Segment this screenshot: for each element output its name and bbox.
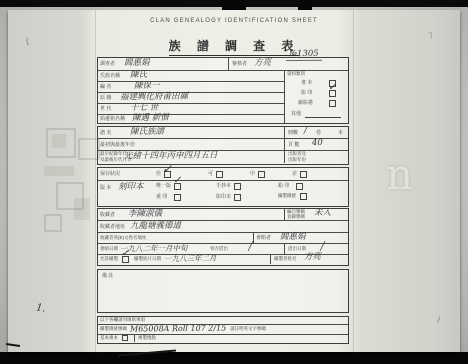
surveyor-label: 調查者 bbox=[100, 62, 115, 67]
volume-count-mid: 卷 bbox=[316, 131, 321, 136]
type-other-line bbox=[305, 117, 341, 118]
reviewer-label: 審核者 bbox=[232, 62, 247, 67]
microfilm-photo: CLAN GENEALOGY IDENTIFICATION SHEET 族 譜 … bbox=[0, 0, 468, 364]
fold-crease bbox=[353, 10, 354, 352]
catalog-label-2: 登錄號碼 bbox=[287, 215, 305, 220]
edition-only-label: 唯一版 bbox=[156, 184, 171, 189]
lent-label: 曾否借出 bbox=[210, 247, 228, 252]
film-date-label: 攝製底片日期 bbox=[134, 257, 161, 262]
publisher-label-2: 出版年份 bbox=[288, 158, 306, 163]
condition-box: 保存狀況 佳 ✓ 可 中 差 版 本 刻印本 唯一版 ✓ 手抄本 鉛 印 bbox=[97, 167, 349, 207]
condition-fair-label: 可 bbox=[208, 172, 213, 177]
remarks-label: 備 註 bbox=[102, 274, 113, 279]
record-date-label-1: 最早紀錄年代 bbox=[100, 152, 127, 157]
copy-checkbox bbox=[122, 335, 128, 341]
office-use-box: 以下各欄請勿填寫事項 攝製微捲號碼 M65008A Roll 107 2/15 … bbox=[97, 316, 349, 344]
form-title: 族 譜 調 查 表 bbox=[169, 39, 300, 56]
edition-letterpress-label: 鉛 印 bbox=[278, 184, 289, 189]
compiler-label: 編 者 bbox=[100, 85, 111, 90]
clan-label: 氏族名稱 bbox=[100, 74, 120, 79]
type-other-label: 其他 bbox=[291, 112, 301, 117]
pencil-mark: ⌇ bbox=[434, 316, 442, 327]
condition-good-label: 佳 bbox=[156, 172, 161, 177]
genealogy-title-label: 譜 名 bbox=[100, 131, 111, 136]
interview-date-value: 一九八二年一月中旬 bbox=[120, 244, 188, 254]
film-number-label: 攝製微捲號碼 bbox=[100, 327, 127, 332]
permit-checkmark: ✓ bbox=[121, 249, 129, 259]
photographer-value: 方亮 bbox=[304, 253, 321, 262]
edition-photocopy-label: 影印本 bbox=[216, 195, 231, 200]
material-type-header: 資料類別 bbox=[287, 72, 305, 77]
origin-label: 原 籍 bbox=[100, 96, 111, 101]
condition-mid-checkbox bbox=[258, 171, 265, 178]
film-notch bbox=[298, 0, 312, 10]
publisher-label-1: 出版者及 bbox=[288, 152, 306, 157]
interview-date-label: 會晤日期 bbox=[100, 247, 118, 252]
main-info-box: 調查者 閻惠娟 審核者 方亮 氏族名稱 陳氏 編 者 陳保一 原 籍 福建興化府… bbox=[97, 57, 349, 124]
volume-count-label: 冊數 bbox=[288, 131, 298, 136]
office-notice: 以下各欄請勿填寫事項 bbox=[100, 318, 145, 323]
type-book-label: 書 本 bbox=[301, 81, 312, 86]
founder-label: 始遷祖名稱 bbox=[100, 117, 125, 122]
origin-value: 福建興化府莆田縣 bbox=[120, 93, 188, 103]
fold-crease bbox=[95, 10, 96, 352]
copy-label: 基本複本 bbox=[100, 336, 118, 341]
permit-label: 允許攝製 bbox=[100, 257, 118, 262]
clan-value: 陳氏 bbox=[130, 71, 147, 80]
holder-value: 李陳淑儀 bbox=[128, 210, 162, 219]
type-microfilm-label: 縮影捲 bbox=[298, 101, 313, 106]
genealogy-title-value: 陳氏族譜 bbox=[130, 128, 164, 137]
lend-date-value: ╱ bbox=[320, 243, 325, 252]
generations-label: 世 代 bbox=[100, 107, 111, 112]
edition-only-checkmark: ✓ bbox=[173, 176, 181, 186]
address-value: 九龍塘義德道 bbox=[130, 222, 181, 232]
years-label: 最初與最後年份 bbox=[100, 143, 135, 148]
edition-letterpress-checkbox bbox=[296, 183, 303, 190]
condition-fair-checkbox bbox=[216, 171, 223, 178]
film-number-note: 請註明英文字號碼 bbox=[230, 327, 266, 332]
edition-manuscript-checkbox bbox=[234, 183, 241, 190]
photographer-label: 攝製者姓名 bbox=[274, 257, 297, 262]
edition-photocopy-checkbox bbox=[234, 194, 241, 201]
condition-label: 保存狀況 bbox=[100, 172, 120, 177]
condition-poor-checkbox bbox=[300, 171, 307, 178]
en-name-label: 收藏者英(E)文姓名地址 bbox=[100, 236, 147, 241]
catalog-value: 未入 bbox=[314, 209, 331, 218]
volume-count-value: ∕ bbox=[304, 127, 307, 136]
film-bottom-bar bbox=[0, 352, 468, 364]
volume-count-suffix: 本 bbox=[338, 131, 343, 136]
custody-box: 收藏者 李陳淑儀 編目號碼 登錄號碼 未入 收藏者地址 九龍塘義德道 收藏者英(… bbox=[97, 208, 349, 266]
material-type-box: 資料類別 書 本 影 印 ✓ 縮影捲 其他 bbox=[285, 71, 348, 123]
condition-mid-label: 中 bbox=[250, 172, 255, 177]
edition-label: 版 本 bbox=[100, 186, 111, 191]
film-date-value: 一九八三年二月 bbox=[164, 254, 217, 264]
edition-value: 刻印本 bbox=[118, 183, 144, 192]
edition-reprint-label: 重 印 bbox=[156, 195, 167, 200]
pencil-mark: ˥ bbox=[428, 32, 432, 42]
address-label: 收藏者地址 bbox=[100, 225, 125, 230]
edition-reprint-checkbox bbox=[174, 194, 181, 201]
remarks-box: 備 註 bbox=[97, 269, 349, 313]
founder-value: 陳邁 新僧 bbox=[132, 114, 169, 123]
film-number-value: M65008A Roll 107 2/15 bbox=[130, 323, 226, 333]
edition-manuscript-label: 手抄本 bbox=[216, 184, 231, 189]
type-photocopy-label: 影 印 bbox=[301, 91, 312, 96]
lent-value: ╱ bbox=[248, 243, 253, 252]
type-microfilm-checkbox bbox=[329, 100, 336, 107]
frame-number-mark: 1. bbox=[35, 303, 46, 313]
compiler-value: 陳保一 bbox=[134, 82, 160, 91]
lend-date-label: 借出日期 bbox=[288, 247, 306, 252]
interviewer-value: 閻惠娟 bbox=[280, 233, 306, 242]
watermark-letter: n bbox=[386, 150, 413, 199]
pages-value: 40 bbox=[312, 139, 323, 148]
generations-value: 十七 世 bbox=[130, 104, 158, 113]
reviewer-value: 方亮 bbox=[254, 59, 271, 68]
volume-info-box: 譜 名 陳氏族譜 冊數 ∕ 卷 本 最初與最後年份 頁 數 40 最早紀錄年代 … bbox=[97, 126, 349, 165]
edition-microfilm-checkbox bbox=[300, 193, 307, 200]
holder-label: 收藏者 bbox=[100, 213, 115, 218]
interviewer-label: 會晤者 bbox=[256, 236, 271, 241]
form-sheet: CLAN GENEALOGY IDENTIFICATION SHEET 族 譜 … bbox=[8, 10, 460, 352]
surveyor-value: 閻惠娟 bbox=[124, 59, 150, 68]
condition-good-checkmark: ✓ bbox=[162, 164, 172, 174]
copy-location-label: 複製地點 bbox=[138, 336, 156, 341]
pages-label: 頁 數 bbox=[288, 143, 299, 148]
condition-poor-label: 差 bbox=[292, 172, 297, 177]
type-photocopy-checkmark: ✓ bbox=[328, 83, 336, 93]
sheet-title-en: CLAN GENEALOGY IDENTIFICATION SHEET bbox=[8, 18, 460, 24]
record-date-value: 光緒十四年丙申四月五日 bbox=[124, 152, 218, 162]
edition-microfilm-label: 攝製微捲 bbox=[278, 194, 296, 199]
